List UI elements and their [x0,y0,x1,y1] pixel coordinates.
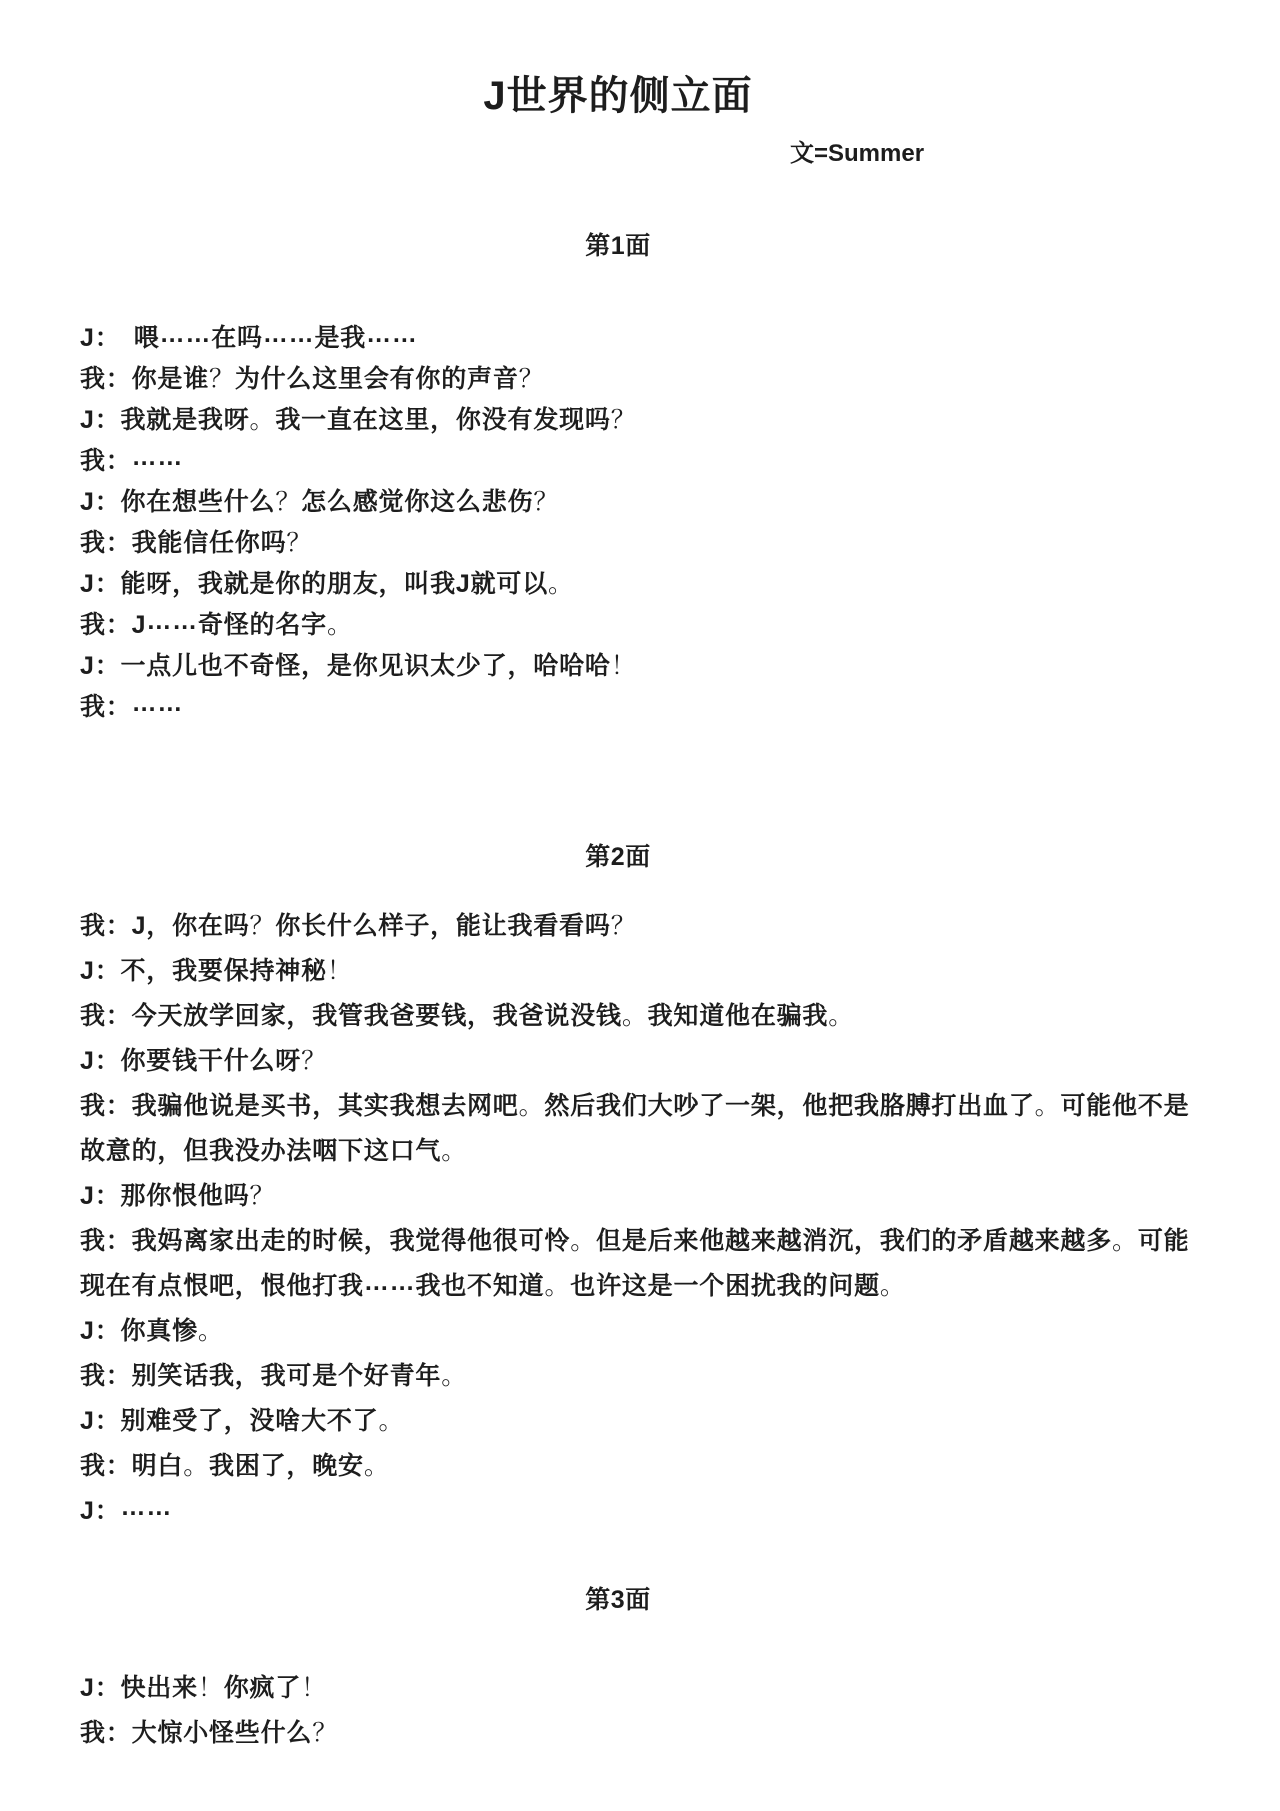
dialogue-line: 我：我妈离家出走的时候，我觉得他很可怜。但是后来他越来越消沉，我们的矛盾越来越多… [80,1219,1196,1309]
dialogue-line: J：你在想些什么？怎么感觉你这么悲伤？ [80,482,1196,523]
dialogue-line: 我：…… [80,687,1196,728]
dialogue-line: 我：明白。我困了，晚安。 [80,1444,1196,1489]
dialogue-line: J：我就是我呀。我一直在这里，你没有发现吗？ [80,400,1196,441]
document-title: J世界的侧立面 [0,72,1236,120]
dialogue-line: J：…… [80,1489,1196,1534]
section-heading-page-3: 第3面 [0,1585,1236,1615]
dialogue-line: J：你要钱干什么呀？ [80,1039,1196,1084]
dialogue-line: 我：J……奇怪的名字。 [80,605,1196,646]
dialogue-line: 我：我能信任你吗？ [80,523,1196,564]
section-3-dialogue: J：快出来！你疯了！我：大惊小怪些什么？ [80,1666,1196,1756]
author-byline: 文=Summer [790,140,924,168]
dialogue-line: 我：…… [80,441,1196,482]
section-2-dialogue: 我：J，你在吗？你长什么样子，能让我看看吗？J：不，我要保持神秘！我：今天放学回… [80,904,1196,1534]
dialogue-line: J： 喂……在吗……是我…… [80,318,1196,359]
document-page: J世界的侧立面 文=Summer 第1面 J： 喂……在吗……是我……我：你是谁… [0,0,1280,1811]
section-heading-page-2: 第2面 [0,842,1236,872]
dialogue-line: 我：我骗他说是买书，其实我想去网吧。然后我们大吵了一架，他把我胳膊打出血了。可能… [80,1084,1196,1174]
dialogue-line: 我：大惊小怪些什么？ [80,1711,1196,1756]
dialogue-line: J：快出来！你疯了！ [80,1666,1196,1711]
dialogue-line: 我：今天放学回家，我管我爸要钱，我爸说没钱。我知道他在骗我。 [80,994,1196,1039]
section-1-dialogue: J： 喂……在吗……是我……我：你是谁？为什么这里会有你的声音？J：我就是我呀。… [80,318,1196,728]
dialogue-line: J：你真惨。 [80,1309,1196,1354]
section-heading-page-1: 第1面 [0,231,1236,261]
dialogue-line: J：一点儿也不奇怪，是你见识太少了，哈哈哈！ [80,646,1196,687]
dialogue-line: 我：你是谁？为什么这里会有你的声音？ [80,359,1196,400]
dialogue-line: J：那你恨他吗？ [80,1174,1196,1219]
dialogue-line: J：别难受了，没啥大不了。 [80,1399,1196,1444]
dialogue-line: 我：J，你在吗？你长什么样子，能让我看看吗？ [80,904,1196,949]
dialogue-line: J：能呀，我就是你的朋友，叫我J就可以。 [80,564,1196,605]
dialogue-line: 我：别笑话我，我可是个好青年。 [80,1354,1196,1399]
dialogue-line: J：不，我要保持神秘！ [80,949,1196,994]
